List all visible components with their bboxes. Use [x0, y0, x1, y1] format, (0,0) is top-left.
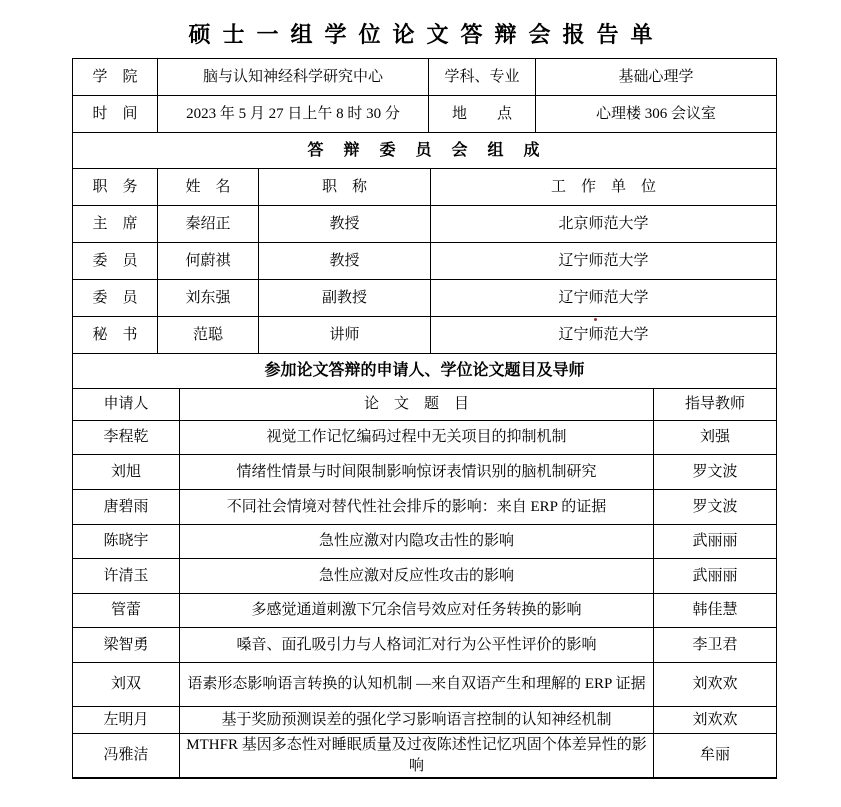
major-label: 学科、专业 — [429, 59, 536, 95]
info-row-time: 时 间 2023 年 5 月 27 日上午 8 时 30 分 地 点 心理楼 3… — [73, 96, 776, 133]
applicant-row: 梁智勇 嗓音、面孔吸引力与人格词汇对行为公平性评价的影响 李卫君 — [73, 628, 776, 663]
applicants-section-title: 参加论文答辩的申请人、学位论文题目及导师 — [73, 354, 776, 388]
advisor-name: 李卫君 — [654, 628, 776, 662]
applicant-name: 左明月 — [73, 707, 180, 733]
time-label: 时 间 — [73, 96, 158, 132]
major-value: 基础心理学 — [536, 59, 776, 95]
report-table: 学 院 脑与认知神经科学研究中心 学科、专业 基础心理学 时 间 2023 年 … — [72, 58, 777, 779]
member-name: 刘东强 — [158, 280, 259, 316]
member-title: 讲师 — [259, 317, 431, 353]
member-role: 委 员 — [73, 280, 158, 316]
applicant-name: 陈晓宇 — [73, 525, 180, 558]
applicant-name: 梁智勇 — [73, 628, 180, 662]
committee-row-chair: 主 席 秦绍正 教授 北京师范大学 — [73, 206, 776, 243]
thesis-title: MTHFR 基因多态性对睡眠质量及过夜陈述性记忆巩固个体差异性的影响 — [180, 734, 654, 777]
committee-row-member-1: 委 员 何蔚祺 教授 辽宁师范大学 — [73, 243, 776, 280]
applicant-row: 左明月 基于奖励预测误差的强化学习影响语言控制的认知神经机制 刘欢欢 — [73, 707, 776, 734]
place-value: 心理楼 306 会议室 — [536, 96, 776, 132]
member-workplace: 北京师范大学 — [431, 206, 776, 242]
applicant-name: 冯雅洁 — [73, 734, 180, 777]
time-value: 2023 年 5 月 27 日上午 8 时 30 分 — [158, 96, 429, 132]
applicants-section-row: 参加论文答辩的申请人、学位论文题目及导师 — [73, 354, 776, 389]
committee-header-row: 职 务 姓 名 职 称 工 作 单 位 — [73, 169, 776, 206]
thesis-title: 急性应激对内隐攻击性的影响 — [180, 525, 654, 558]
member-title: 副教授 — [259, 280, 431, 316]
thesis-title: 多感觉通道刺激下冗余信号效应对任务转换的影响 — [180, 594, 654, 627]
applicant-row: 陈晓宇 急性应激对内隐攻击性的影响 武丽丽 — [73, 525, 776, 559]
committee-section-title: 答 辩 委 员 会 组 成 — [73, 133, 776, 168]
committee-row-member-2: 委 员 刘东强 副教授 辽宁师范大学 — [73, 280, 776, 317]
applicant-row: 许清玉 急性应激对反应性攻击的影响 武丽丽 — [73, 559, 776, 594]
member-workplace: 辽宁师范大学 — [431, 280, 776, 316]
applicants-header-thesis: 论 文 题 目 — [180, 389, 654, 420]
applicant-row: 唐碧雨 不同社会情境对替代性社会排斥的影响：来自 ERP 的证据 罗文波 — [73, 490, 776, 525]
committee-row-secretary: 秘 书 范聪 讲师 辽宁师范大学 — [73, 317, 776, 354]
member-name: 何蔚祺 — [158, 243, 259, 279]
member-role: 秘 书 — [73, 317, 158, 353]
applicants-header-applicant: 申请人 — [73, 389, 180, 420]
thesis-title: 基于奖励预测误差的强化学习影响语言控制的认知神经机制 — [180, 707, 654, 733]
college-value: 脑与认知神经科学研究中心 — [158, 59, 429, 95]
member-title: 教授 — [259, 243, 431, 279]
thesis-title: 语素形态影响语言转换的认知机制 —来自双语产生和理解的 ERP 证据 — [180, 663, 654, 706]
thesis-title: 情绪性情景与时间限制影响惊讶表情识别的脑机制研究 — [180, 455, 654, 489]
advisor-name: 韩佳慧 — [654, 594, 776, 627]
report-page: 硕士一组学位论文答辩会报告单 学 院 脑与认知神经科学研究中心 学科、专业 基础… — [0, 0, 841, 807]
advisor-name: 武丽丽 — [654, 559, 776, 593]
member-name: 秦绍正 — [158, 206, 259, 242]
place-label: 地 点 — [429, 96, 536, 132]
thesis-title: 急性应激对反应性攻击的影响 — [180, 559, 654, 593]
committee-header-role: 职 务 — [73, 169, 158, 205]
advisor-name: 牟丽 — [654, 734, 776, 777]
applicant-name: 李程乾 — [73, 421, 180, 454]
committee-header-title: 职 称 — [259, 169, 431, 205]
member-role: 主 席 — [73, 206, 158, 242]
applicant-name: 唐碧雨 — [73, 490, 180, 524]
thesis-title: 不同社会情境对替代性社会排斥的影响：来自 ERP 的证据 — [180, 490, 654, 524]
advisor-name: 罗文波 — [654, 455, 776, 489]
advisor-name: 武丽丽 — [654, 525, 776, 558]
committee-header-name: 姓 名 — [158, 169, 259, 205]
applicant-name: 许清玉 — [73, 559, 180, 593]
college-label: 学 院 — [73, 59, 158, 95]
applicants-header-row: 申请人 论 文 题 目 指导教师 — [73, 389, 776, 421]
applicant-row: 管蕾 多感觉通道刺激下冗余信号效应对任务转换的影响 韩佳慧 — [73, 594, 776, 628]
committee-section-row: 答 辩 委 员 会 组 成 — [73, 133, 776, 169]
applicants-header-advisor: 指导教师 — [654, 389, 776, 420]
applicant-row: 刘旭 情绪性情景与时间限制影响惊讶表情识别的脑机制研究 罗文波 — [73, 455, 776, 490]
applicant-name: 刘双 — [73, 663, 180, 706]
applicant-row: 刘双 语素形态影响语言转换的认知机制 —来自双语产生和理解的 ERP 证据 刘欢… — [73, 663, 776, 707]
member-role: 委 员 — [73, 243, 158, 279]
member-workplace: 辽宁师范大学 — [431, 243, 776, 279]
page-title: 硕士一组学位论文答辩会报告单 — [0, 0, 841, 58]
advisor-name: 罗文波 — [654, 490, 776, 524]
member-workplace: 辽宁师范大学 — [431, 317, 776, 353]
applicant-row: 冯雅洁 MTHFR 基因多态性对睡眠质量及过夜陈述性记忆巩固个体差异性的影响 牟… — [73, 734, 776, 778]
advisor-name: 刘欢欢 — [654, 663, 776, 706]
thesis-title: 嗓音、面孔吸引力与人格词汇对行为公平性评价的影响 — [180, 628, 654, 662]
advisor-name: 刘强 — [654, 421, 776, 454]
applicant-name: 刘旭 — [73, 455, 180, 489]
info-row-college: 学 院 脑与认知神经科学研究中心 学科、专业 基础心理学 — [73, 59, 776, 96]
member-name: 范聪 — [158, 317, 259, 353]
applicant-name: 管蕾 — [73, 594, 180, 627]
stray-red-dot — [594, 318, 597, 321]
applicant-row: 李程乾 视觉工作记忆编码过程中无关项目的抑制机制 刘强 — [73, 421, 776, 455]
committee-header-workplace: 工 作 单 位 — [431, 169, 776, 205]
member-title: 教授 — [259, 206, 431, 242]
thesis-title: 视觉工作记忆编码过程中无关项目的抑制机制 — [180, 421, 654, 454]
advisor-name: 刘欢欢 — [654, 707, 776, 733]
